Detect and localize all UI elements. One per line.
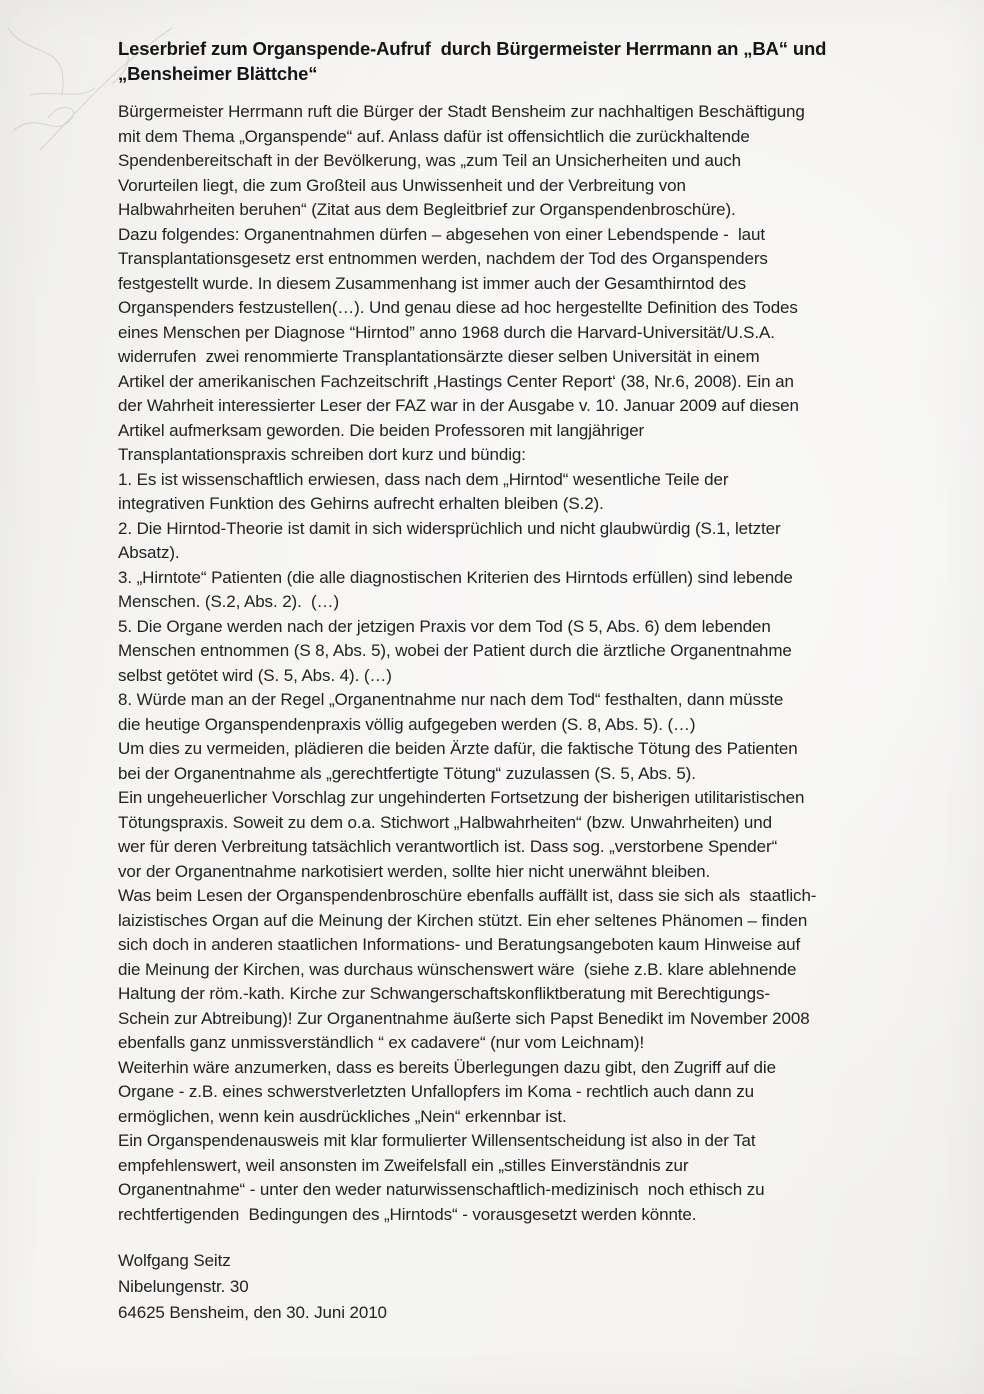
scanned-letter-page: Leserbrief zum Organspende-Aufruf durch … <box>0 0 984 1394</box>
letter-content: Leserbrief zum Organspende-Aufruf durch … <box>118 36 898 1326</box>
letter-title: Leserbrief zum Organspende-Aufruf durch … <box>118 36 898 86</box>
letter-signature: Wolfgang Seitz Nibelungenstr. 30 64625 B… <box>118 1248 898 1326</box>
letter-body: Bürgermeister Herrmann ruft die Bürger d… <box>118 100 898 1227</box>
